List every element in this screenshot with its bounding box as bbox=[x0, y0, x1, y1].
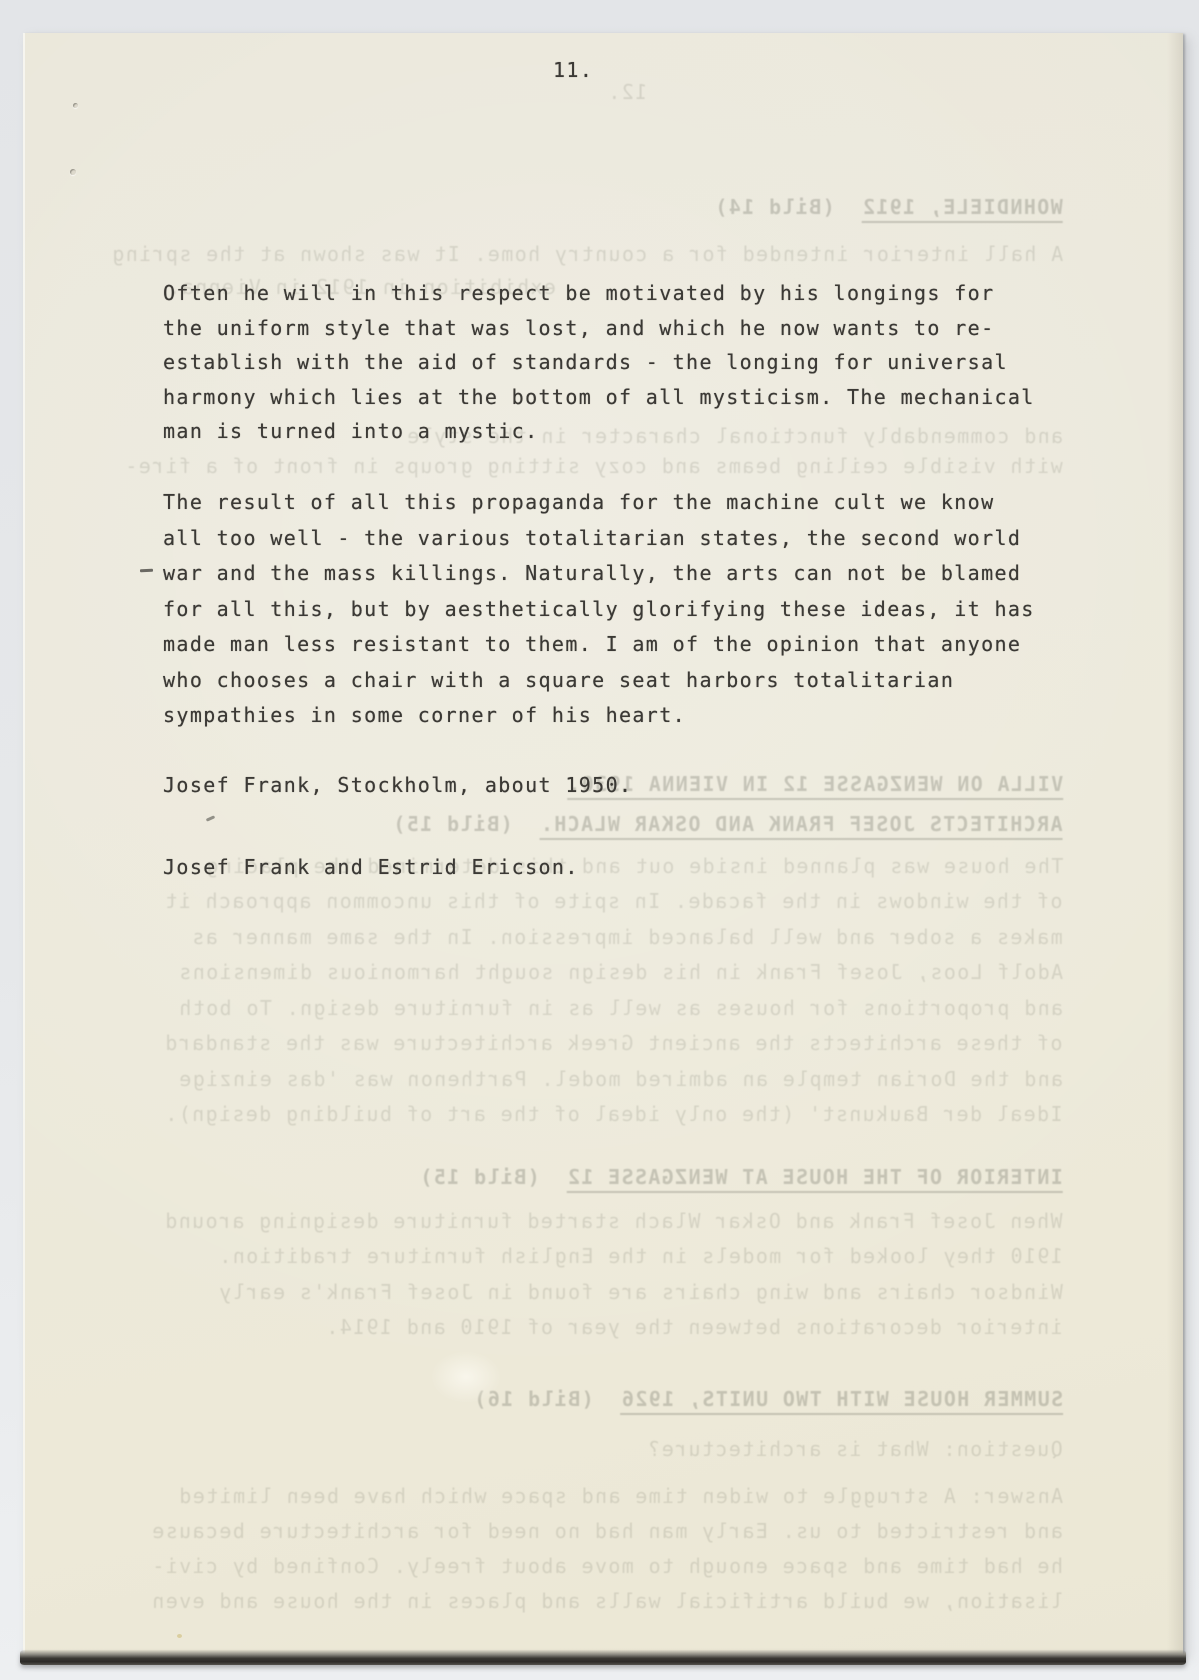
bleedthrough-line: 1910 they looked for models in the Engli… bbox=[218, 1244, 1063, 1268]
bleedthrough-heading: INTERIOR OF THE HOUSE AT WENZGASSE 12 (B… bbox=[419, 1165, 1063, 1189]
scanned-document-screenshot: { "page": { "number_label": "11." }, "fr… bbox=[0, 0, 1199, 1680]
bleedthrough-line: and the Dorian temple an admired model. … bbox=[178, 1067, 1063, 1091]
bleedthrough-line: Question: What is architecture? bbox=[647, 1437, 1063, 1461]
bleedthrough-heading: ARCHITECTS JOSEF FRANK AND OSKAR WLACH. … bbox=[392, 812, 1063, 836]
bleedthrough-heading: VILLA ON WENZGASSE 12 IN VIENNA 1930. bbox=[567, 772, 1063, 796]
page-number: 11. bbox=[553, 53, 593, 87]
pinhole-mark bbox=[73, 103, 78, 108]
bleedthrough-line: and restricted to us. Early man had no n… bbox=[151, 1519, 1063, 1543]
bleedthrough-line: When Josef Frank and Oskar Wlach started… bbox=[164, 1209, 1063, 1233]
bleedthrough-line: of these architects the ancient Greek ar… bbox=[164, 1031, 1063, 1055]
bleedthrough-line: A hall interior intended for a country h… bbox=[111, 242, 1063, 266]
bleedthrough-line: makes a sober and well balanced impressi… bbox=[191, 925, 1063, 949]
bleedthrough-line: lisation, we build artificial walls and … bbox=[151, 1589, 1063, 1613]
typed-paragraph-1: Often he will in this respect be motivat… bbox=[163, 276, 1035, 449]
typed-caption-2: Josef Frank and Estrid Ericson. bbox=[163, 850, 579, 886]
pinhole-mark bbox=[70, 169, 76, 175]
page-bottom-edge-shadow bbox=[20, 1650, 1186, 1665]
bleedthrough-line: Answer: A struggle to widen time and spa… bbox=[178, 1484, 1063, 1508]
bleedthrough-line: Ideal der Baukunst' (the only ideal of t… bbox=[164, 1102, 1063, 1126]
typed-paragraph-2: The result of all this propaganda for th… bbox=[163, 485, 1035, 734]
bleedthrough-line: of the windows in the facade. In spite o… bbox=[164, 889, 1063, 913]
bleedthrough-line: and proportions for houses as well as in… bbox=[178, 996, 1063, 1020]
paper-sheet: 11. 12.WOHNDIELE, 1912 (Bild 14)A hall i… bbox=[23, 33, 1183, 1655]
margin-dash-mark bbox=[140, 569, 153, 572]
bleedthrough-line: with visible ceiling beams and cozy sitt… bbox=[124, 454, 1063, 478]
typed-caption-1: Josef Frank, Stockholm, about 1950. bbox=[163, 768, 632, 804]
bleedthrough-heading: SUMMER HOUSE WITH TWO UNITS, 1926 (Bild … bbox=[473, 1387, 1063, 1411]
bleedthrough-line: he had time and space enough to move abo… bbox=[151, 1554, 1063, 1578]
bleedthrough-heading: WOHNDIELE, 1912 (Bild 14) bbox=[714, 195, 1063, 219]
paper-speck bbox=[177, 1634, 182, 1638]
bleedthrough-line: interior decorations between the year of… bbox=[325, 1315, 1063, 1339]
bleedthrough-line: Windsor chairs and wing chairs are found… bbox=[218, 1280, 1063, 1304]
bleedthrough-line: 12. bbox=[607, 80, 647, 104]
pen-mark bbox=[206, 815, 215, 821]
bleedthrough-line: Adolf Loos, Josef Frank in his design so… bbox=[178, 960, 1063, 984]
paper-smudge bbox=[431, 1351, 501, 1403]
